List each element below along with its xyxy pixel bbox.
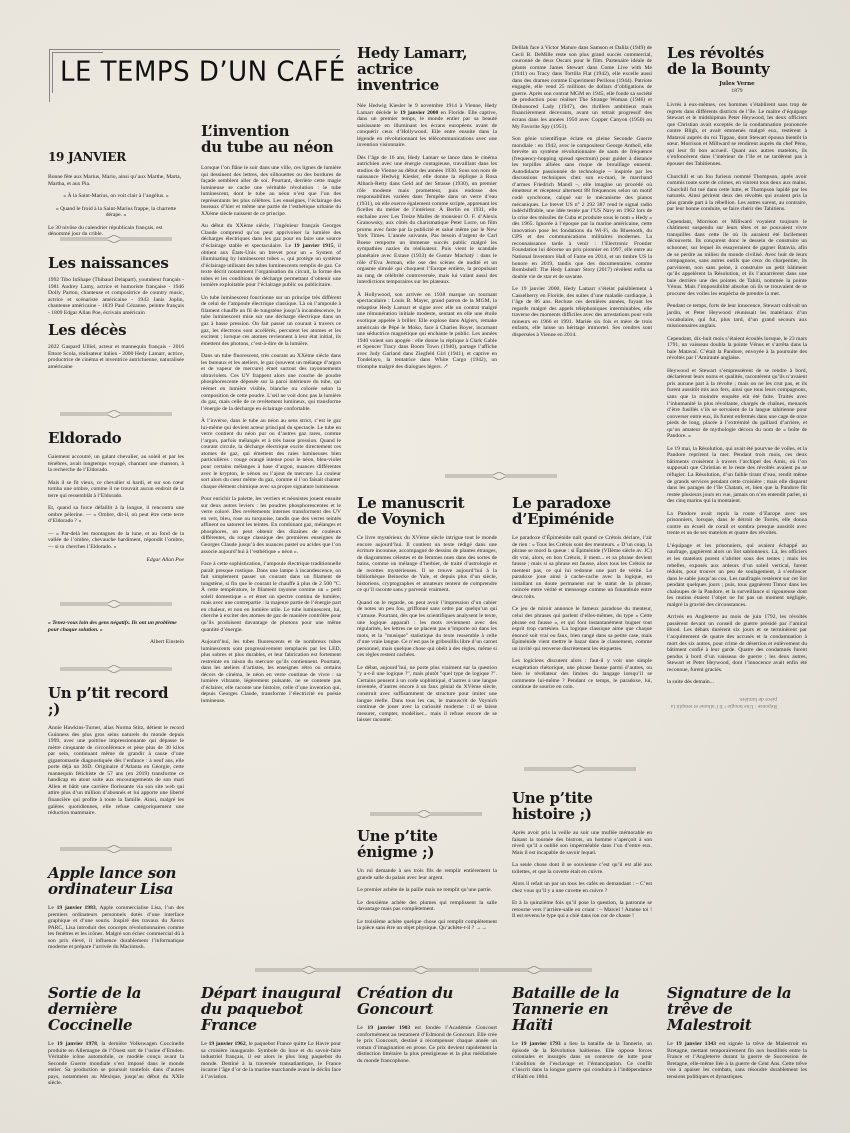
text-span: , le paquebot France quitte Le Havre pou…: [201, 1041, 341, 1080]
apple-text: Le 19 janvier 1983, Apple commercialise …: [48, 905, 184, 951]
record-text: Annie Hawkins-Turner, alias Norma Stitz,…: [48, 725, 184, 817]
deaths-text: 2022 Gaspard Ulliel, acteur et mannequin…: [48, 344, 184, 370]
voynich-heading: Le manuscritde Voynich: [357, 495, 497, 527]
apple-section: Apple lance son ordinateur Lisa Le 19 ja…: [48, 865, 184, 957]
ornament-divider: [445, 472, 557, 480]
date-span: 19 janvier 2000: [400, 110, 438, 116]
page-title: LE TEMPS D’UN CAFÉ: [60, 56, 346, 88]
heading-line: de Voynich: [357, 510, 445, 528]
ornament-divider: [367, 966, 479, 974]
text-span: Le: [667, 1041, 676, 1047]
neon-p2: Au début du XXème siècle, l’ingénieur fr…: [201, 223, 341, 288]
ornament-divider: [480, 966, 592, 974]
ornament-divider: [60, 665, 172, 673]
continued-note: la suite dès demain...: [667, 679, 807, 686]
tannerie-text: Le 19 janvier 1793 a lieu la bataille de…: [512, 1041, 652, 1080]
bottom-article-1: Sortie de la dernière Coccinelle Le 19 j…: [48, 985, 184, 1093]
births-heading: Les naissances: [48, 255, 184, 271]
coccinelle-heading: Sortie de la dernière Coccinelle: [48, 985, 184, 1033]
enigme-p4: Le troisième achète quelque chose qui re…: [357, 919, 497, 932]
bounty-p8: La Pandore avait repris la route d’Europ…: [667, 511, 807, 537]
record-heading: Un p’tit record ;): [48, 685, 184, 717]
proverb-1: « À la Saint-Marius, on voit clair à l’a…: [48, 193, 184, 200]
feast-text: Bonne fête aux Marius, Mario, ainsi qu’a…: [48, 174, 184, 187]
hedy-heading: Hedy Lamarr,actrice inventrice: [357, 45, 497, 93]
neon-p8: Aujourd’hui, les tubes fluorescents et d…: [201, 639, 341, 704]
malestroit-text: Le 19 janvier 1343 est signée la trêve d…: [667, 1041, 807, 1080]
bounty-p6: Heywood et Stewart s’empressèrent de se …: [667, 368, 807, 440]
hedy-p4: Delilah face à Victor Mature dans Samson…: [512, 45, 652, 130]
bounty-heading: Les révoltésde la Bounty: [667, 45, 807, 77]
text-span: Le: [201, 1041, 209, 1047]
neon-p4: Dans un tube fluorescent, très courant a…: [201, 353, 341, 412]
text-span: À Hollywood, son arrivée en 1938 marque …: [357, 292, 497, 370]
neon-p7: Face à cette sophistication, l’ampoule é…: [201, 561, 341, 633]
ornament-divider: [370, 810, 482, 818]
neon-p3: Un tube luminescent fonctionne sur un pr…: [201, 295, 341, 347]
neon-p1: Lorsque l’on flâne le soir dans une vill…: [201, 165, 341, 217]
bounty-year: 1879: [667, 88, 807, 95]
ornament-divider: [60, 235, 172, 243]
date-span: 19 janvier 1343: [676, 1041, 716, 1047]
bounty-p5: Cependant, dix-huit mois s’étaient écoul…: [667, 336, 807, 362]
voynich-p1: Ce livre mystérieux du XVème siècle intr…: [357, 535, 497, 594]
bottom-article-4: Bataille de la Tannerie en Haïti Le 19 j…: [512, 985, 652, 1086]
bounty-p3: Cependant, Morrison et Millward voyaient…: [667, 219, 807, 298]
heading-line: de la Bounty: [667, 60, 769, 78]
voynich-p3: Le débat, aujourd’hui, ne porte plus vra…: [357, 665, 497, 724]
eldorado-section: Eldorado Gaiement accoutré, un galant ch…: [48, 430, 184, 569]
bounty-p7: Le 19 mai, la Résolution, qui avait été …: [667, 446, 807, 505]
bottom-article-2: Départ inaugural du paquebot France Le 1…: [201, 985, 341, 1086]
enigme-p1: Un roi demande à ses trois fils de rempl…: [357, 868, 497, 881]
epimenide-p3: Les logiciens discutent alors : faut-il …: [512, 658, 652, 691]
quote-author: Albert Einstein: [48, 639, 184, 646]
bounty-p9: L’équipage et les prisonniers, qui avaie…: [667, 543, 807, 608]
bottom-article-5: Signature de la trêve de Malestroit Le 1…: [667, 985, 807, 1086]
epimenide-heading: Le paradoxed’Epiménide: [512, 495, 652, 527]
bounty-p2: Churchill et un fou furieux nommé Thomps…: [667, 174, 807, 213]
riddle-answer-upside-down: Réponse : Une bougie ! Il l’allume et re…: [667, 696, 777, 709]
text-span: est fondée l’Académie Goncourt conformém…: [357, 1025, 497, 1064]
neon-p6: Pour enrichir la palette, les verriers e…: [201, 496, 341, 555]
eldorado-p1: Gaiement accoutré, un galant chevalier, …: [48, 454, 184, 474]
record-section: Un p’tit record ;) Annie Hawkins-Turner,…: [48, 685, 184, 823]
text-span: Le: [357, 1025, 367, 1031]
hedy-p1: Née Hedwig Kiesler le 9 novembre 1914 à …: [357, 103, 497, 149]
hedy-p6: Le 19 janvier 2000, Hedy Lamarr s’éteint…: [512, 286, 652, 338]
paquebot-text: Le 19 janvier 1962, le paquebot France q…: [201, 1041, 341, 1080]
bounty-section: Les révoltésde la Bounty Jules Verne 187…: [667, 45, 807, 715]
voynich-section: Le manuscritde Voynich Ce livre mystérie…: [357, 495, 497, 730]
ornament-divider: [60, 845, 172, 853]
einstein-quote: « Tenez-vous loin des gens négatifs. Ils…: [48, 620, 184, 633]
hedy-section-col-b: Delilah face à Victor Mature dans Samson…: [512, 45, 652, 345]
date-span: 19 janvier 1978: [57, 1041, 97, 1047]
neon-p5: À l’inverse, dans le tube au néon au sen…: [201, 418, 341, 490]
epimenide-section: Le paradoxed’Epiménide Le paradoxe d’Épi…: [512, 495, 652, 697]
heading-line: actrice inventrice: [357, 60, 439, 94]
apple-heading: Apple lance son ordinateur Lisa: [48, 865, 184, 897]
text-span: , Apple commercialise Lisa, l’un des pre…: [48, 905, 184, 950]
ornament-divider: [60, 410, 172, 418]
ornament-divider: [60, 600, 172, 608]
epimenide-p2: Ce jeu de miroir annonce le fameux parad…: [512, 606, 652, 652]
deaths-heading: Les décès: [48, 322, 184, 338]
text-span: Le: [48, 905, 57, 911]
eldorado-author: Edgar Allan Poe: [48, 557, 184, 564]
quote-section: « Tenez-vous loin des gens négatifs. Ils…: [48, 620, 184, 652]
histoire-p3: Alors il refait un par un tous les cafés…: [512, 881, 652, 894]
eldorado-p2: Mais il se fit vieux, ce chevalier si ha…: [48, 480, 184, 500]
bounty-p1: Livrés à eux-mêmes, ces hommes s’établir…: [667, 102, 807, 167]
text-span: , la dernière Volkswagen Coccinelle prod…: [48, 1041, 184, 1086]
ornament-divider: [524, 765, 636, 773]
hedy-p2: Dès l’âge de 16 ans, Hedy Lamarr se lanc…: [357, 155, 497, 286]
eldorado-heading: Eldorado: [48, 430, 184, 446]
paquebot-heading: Départ inaugural du paquebot France: [201, 985, 341, 1033]
enigme-p3: Le deuxième achète des plumes qui rempli…: [357, 900, 497, 913]
enigme-heading: Une p’tite énigme ;): [357, 828, 497, 860]
hedy-p3: À Hollywood, son arrivée en 1938 marque …: [357, 292, 497, 371]
text-span: Le: [512, 1041, 521, 1047]
neon-section: L’inventiondu tube au néon Lorsque l’on …: [201, 123, 341, 711]
hedy-section-col-a: Hedy Lamarr,actrice inventrice Née Hedwi…: [357, 45, 497, 376]
proverb-2: « Quand le froid à la Saint-Marius frapp…: [48, 206, 184, 219]
voynich-p2: Quand on le regarde, on peut avoir l’imp…: [357, 600, 497, 659]
histoire-p2: La seule chose dont il se souvienne c’es…: [512, 862, 652, 875]
column-1-lower: Les naissances 1992 Tibo InShape (Thibau…: [48, 255, 184, 376]
neon-heading: L’inventiondu tube au néon: [201, 123, 341, 155]
histoire-heading: Une p’tite histoire ;): [512, 790, 652, 822]
malestroit-heading: Signature de la trêve de Malestroit: [667, 985, 807, 1033]
text-span: a lieu la bataille de la Tannerie, un ép…: [512, 1041, 652, 1080]
date-span: 19 janvier 1962: [209, 1041, 246, 1047]
histoire-p4: Et à la quinzième fois qu’il pose la que…: [512, 900, 652, 920]
eldorado-p4: — « Par-delà les montagnes de la lune, e…: [48, 531, 184, 551]
bounty-p10: Arrivés en Angleterre au mois de juin 17…: [667, 614, 807, 673]
text-span: Le: [48, 1041, 57, 1047]
enigme-p2: Le premier achète de la paille mais ne r…: [357, 887, 497, 894]
heading-line: du tube au néon: [201, 138, 333, 156]
eldorado-p3: Et, quand sa force défaillit à la longue…: [48, 505, 184, 525]
hedy-p5: Son génie scientifique éclate en pleine …: [512, 136, 652, 280]
bottom-article-3: Création du Goncourt Le 19 janvier 1903 …: [357, 985, 497, 1070]
date-span: 19 janvier 1983: [57, 905, 96, 911]
histoire-p1: Après avoir pris la veille au soir une m…: [512, 830, 652, 856]
goncourt-text: Le 19 janvier 1903 est fondée l’Académie…: [357, 1025, 497, 1064]
date-heading: 19 JANVIER: [48, 150, 184, 164]
heading-line: d’Epiménide: [512, 510, 614, 528]
continue-arrow-icon: ↗: [443, 364, 448, 370]
coccinelle-text: Le 19 janvier 1978, la dernière Volkswag…: [48, 1041, 184, 1087]
histoire-section: Une p’tite histoire ;) Après avoir pris …: [512, 790, 652, 926]
enigme-section: Une p’tite énigme ;) Un roi demande à se…: [357, 828, 497, 938]
date-span: 19 janvier 1915: [294, 243, 334, 249]
goncourt-heading: Création du Goncourt: [357, 985, 497, 1017]
text-span: , il obtient aux États-Unis un brevet po…: [201, 243, 341, 288]
date-span: 19 janvier 1793: [521, 1041, 561, 1047]
text-span: en Floride. Elle captive, dans un premie…: [357, 110, 497, 149]
text-span: est signée la trêve de Malestroit en Bre…: [667, 1041, 807, 1080]
newspaper-page: LE TEMPS D’UN CAFÉ 19 JANVIER Bonne fête…: [0, 0, 850, 1133]
arrow-icon: →→: [476, 925, 487, 931]
bounty-p4: Pendant ce temps, forts de leur innocenc…: [667, 303, 807, 329]
date-span: 19 janvier 1903: [367, 1025, 410, 1031]
ornament-divider: [255, 966, 367, 974]
births-text: 1992 Tibo InShape (Thibaud Delapart), yo…: [48, 277, 184, 316]
column-1: 19 JANVIER Bonne fête aux Marius, Mario,…: [48, 150, 184, 244]
tannerie-heading: Bataille de la Tannerie en Haïti: [512, 985, 652, 1033]
epimenide-p1: Le paradoxe d’Épiménide naît quand ce Cr…: [512, 535, 652, 600]
